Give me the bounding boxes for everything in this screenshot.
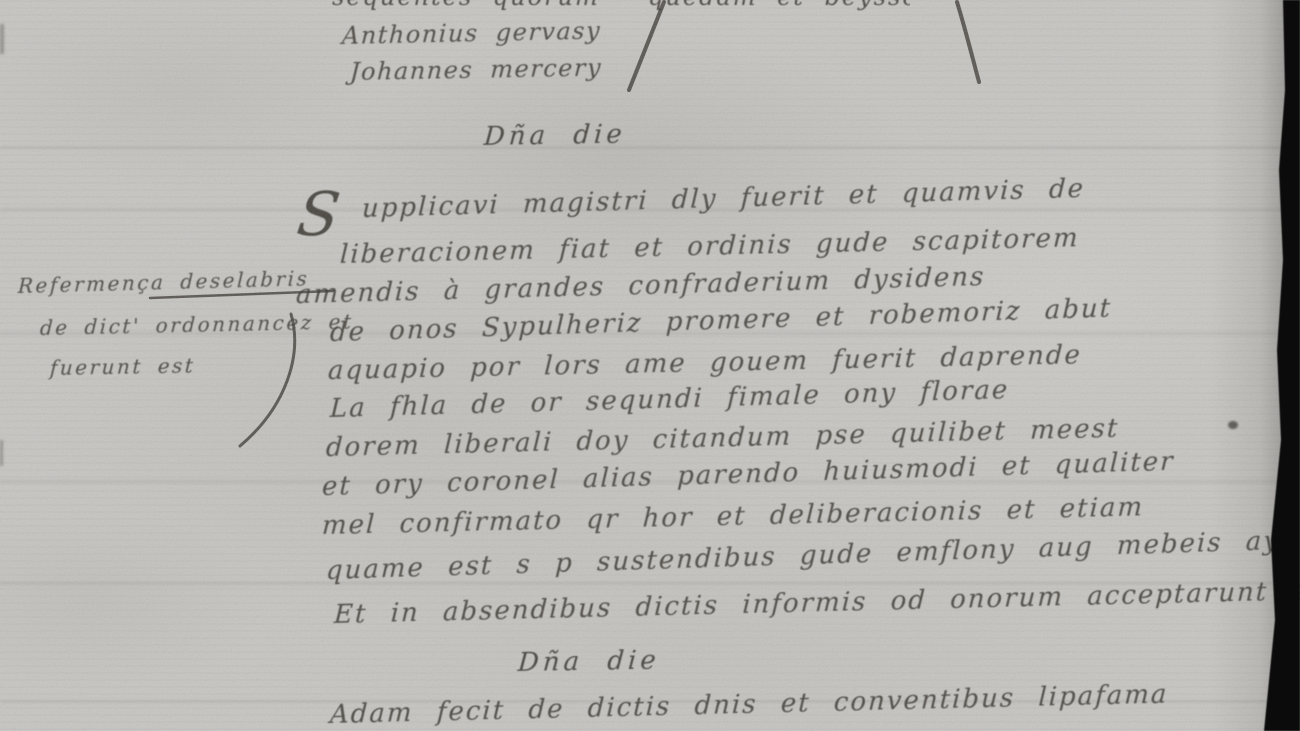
entry-text-line: upplicavi magistri dly fuerit et quamvis… (361, 174, 1085, 224)
following-entry-first-line: Adam fecit de dictis dnis et conventibus… (329, 679, 1169, 730)
manuscript-scan-page: sequentes quorum et aliis quedam et beys… (0, 0, 1300, 731)
left-edge-smudge (0, 440, 3, 466)
top-edge-fragment-right-text: quedam et beyssone (648, 0, 910, 11)
scan-streak (0, 146, 1300, 149)
top-edge-fragment-right: quedam et beyssone (648, 0, 910, 14)
top-edge-fragment-left-text: sequentes quorum et aliis (332, 0, 620, 11)
attendee-name: Johannes mercery (349, 54, 602, 86)
section-heading-dicta-die-1: Dña die (483, 120, 627, 153)
entry-initial-letter: S (293, 180, 344, 250)
names-brace-stroke (629, 2, 664, 90)
section-heading-dicta-die-2: Dña die (517, 646, 661, 679)
gutter-shadow (1210, 0, 1300, 731)
right-flourish-stroke (957, 2, 979, 82)
margin-note-line: de dict' ordonnancez et (39, 309, 354, 340)
margin-note-line: fuerunt est (49, 353, 196, 380)
left-edge-smudge (0, 24, 4, 54)
margin-note-line: Refermença deselabris (17, 266, 309, 298)
top-edge-fragment-left: sequentes quorum et aliis (332, 0, 620, 14)
attendee-name: Anthonius gervasy (341, 17, 601, 50)
